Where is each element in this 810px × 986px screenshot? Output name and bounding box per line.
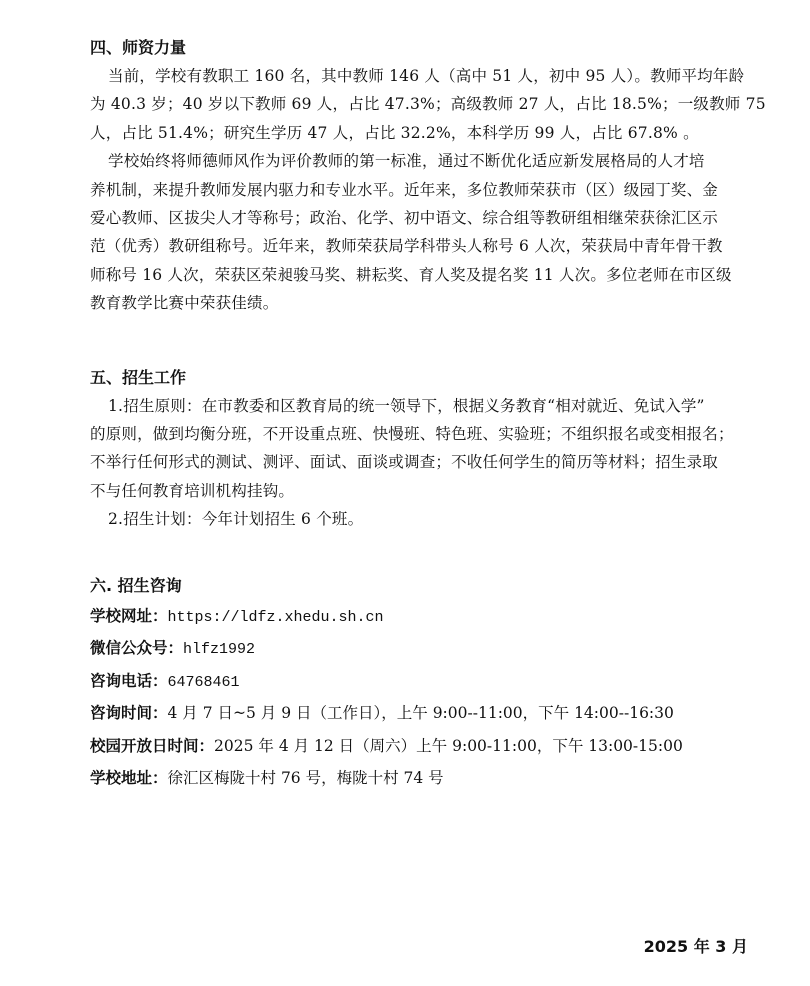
school-address: 徐汇区梅陇十村 76 号，梅陇十村 74 号 — [168, 769, 444, 787]
paragraph-line: 不与任何教育培训机构挂钩。 — [90, 477, 730, 505]
paragraph-line: 师称号 16 人次，荣获区荣昶骏马奖、耕耘奖、育人奖及提名奖 11 人次。多位老… — [90, 261, 730, 289]
paragraph-line: 的原则，做到均衡分班，不开设重点班、快慢班、特色班、实验班；不组织报名或变相报名… — [90, 420, 730, 448]
paragraph-line: 教育教学比赛中荣获佳绩。 — [90, 289, 730, 317]
phone-number: 64768461 — [168, 674, 240, 691]
paragraph-line: 1.招生原则：在市教委和区教育局的统一领导下，根据义务教育“相对就近、免试入学” — [90, 392, 730, 420]
section-heading-enrollment: 五、招生工作 — [90, 364, 730, 392]
enrollment-plan-paragraph: 2.招生计划：今年计划招生 6 个班。 — [90, 505, 730, 533]
info-label: 学校网址： — [90, 607, 168, 625]
paragraph-line: 2.招生计划：今年计划招生 6 个班。 — [90, 505, 730, 533]
paragraph-line: 爱心教师、区拔尖人才等称号；政治、化学、初中语文、综合组等教研组相继荣获徐汇区示 — [90, 204, 730, 232]
open-day-time: 2025 年 4 月 12 日（周六）上午 9:00-11:00，下午 13:0… — [214, 737, 683, 755]
info-row-open-day: 校园开放日时间：2025 年 4 月 12 日（周六）上午 9:00-11:00… — [90, 730, 730, 763]
section-heading-faculty: 四、师资力量 — [90, 34, 730, 62]
info-row-address: 学校地址：徐汇区梅陇十村 76 号，梅陇十村 74 号 — [90, 762, 730, 795]
paragraph-line: 为 40.3 岁；40 岁以下教师 69 人，占比 47.3%；高级教师 27 … — [90, 90, 730, 118]
website-link[interactable]: https://ldfz.xhedu.sh.cn — [168, 609, 384, 626]
paragraph-line: 养机制，来提升教师发展内驱力和专业水平。近年来，多位教师荣获市（区）级园丁奖、金 — [90, 176, 730, 204]
section-spacer — [90, 318, 730, 364]
info-row-wechat: 微信公众号：hlfz1992 — [90, 632, 730, 665]
document-page: 四、师资力量 当前，学校有教职工 160 名，其中教师 146 人（高中 51 … — [90, 34, 730, 795]
consultation-info-list: 学校网址：https://ldfz.xhedu.sh.cn 微信公众号：hlfz… — [90, 600, 730, 795]
document-date: 2025 年 3 月 — [644, 935, 748, 959]
info-label: 咨询电话： — [90, 672, 168, 690]
paragraph-line: 当前，学校有教职工 160 名，其中教师 146 人（高中 51 人，初中 95… — [90, 62, 730, 90]
consultation-hours: 4 月 7 日~5 月 9 日（工作日），上午 9:00--11:00，下午 1… — [168, 704, 674, 722]
info-label: 学校地址： — [90, 769, 168, 787]
info-row-website: 学校网址：https://ldfz.xhedu.sh.cn — [90, 600, 730, 633]
section-spacer — [90, 534, 730, 572]
faculty-honors-paragraph: 学校始终将师德师风作为评价教师的第一标准，通过不断优化适应新发展格局的人才培 养… — [90, 147, 730, 317]
wechat-id: hlfz1992 — [183, 641, 255, 658]
paragraph-line: 不举行任何形式的测试、测评、面试、面谈或调查；不收任何学生的简历等材料；招生录取 — [90, 448, 730, 476]
info-row-phone: 咨询电话：64768461 — [90, 665, 730, 698]
info-label: 咨询时间： — [90, 704, 168, 722]
enrollment-principle-paragraph: 1.招生原则：在市教委和区教育局的统一领导下，根据义务教育“相对就近、免试入学”… — [90, 392, 730, 506]
paragraph-line: 人，占比 51.4%；研究生学历 47 人，占比 32.2%，本科学历 99 人… — [90, 119, 730, 147]
faculty-stats-paragraph: 当前，学校有教职工 160 名，其中教师 146 人（高中 51 人，初中 95… — [90, 62, 730, 147]
section-heading-consultation: 六. 招生咨询 — [90, 572, 730, 600]
paragraph-line: 学校始终将师德师风作为评价教师的第一标准，通过不断优化适应新发展格局的人才培 — [90, 147, 730, 175]
paragraph-line: 范（优秀）教研组称号。近年来，教师荣获局学科带头人称号 6 人次，荣获局中青年骨… — [90, 232, 730, 260]
info-label: 微信公众号： — [90, 639, 183, 657]
info-label: 校园开放日时间： — [90, 737, 214, 755]
info-row-hours: 咨询时间：4 月 7 日~5 月 9 日（工作日），上午 9:00--11:00… — [90, 697, 730, 730]
